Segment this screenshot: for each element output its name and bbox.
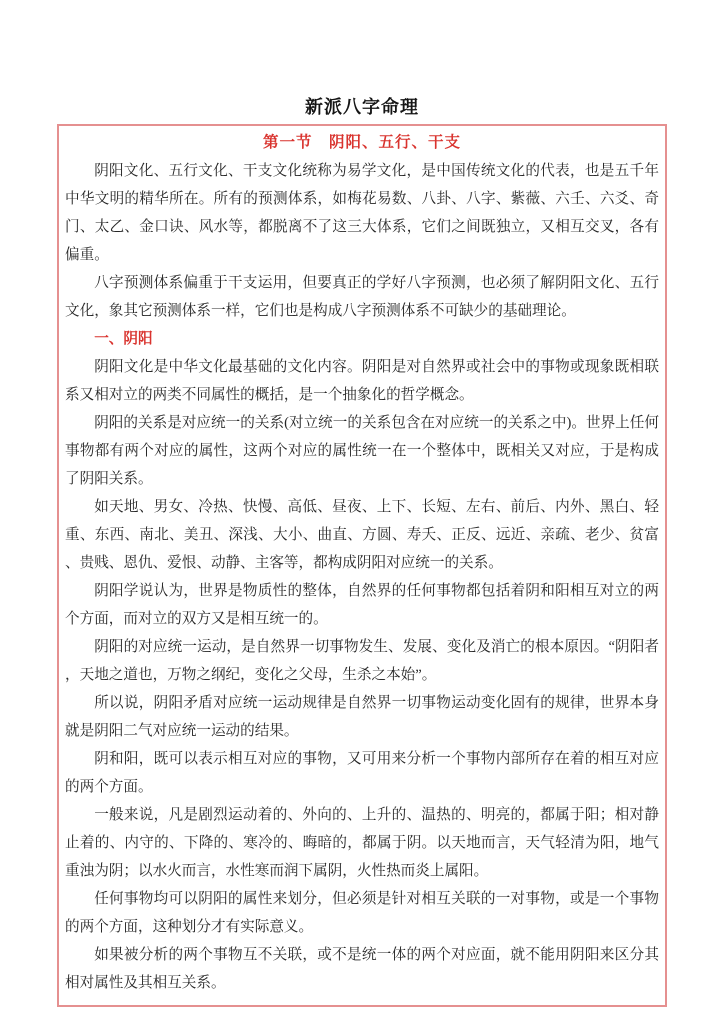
body-paragraph-3: 如天地、男女、冷热、快慢、高低、昼夜、上下、长短、左右、前后、内外、黑白、轻重、… <box>65 493 659 577</box>
intro-paragraph-1: 阴阳文化、五行文化、干支文化统称为易学文化，是中国传统文化的代表，也是五千年中华… <box>65 157 659 269</box>
document-title: 新派八字命理 <box>0 0 724 118</box>
content-box: 第一节 阴阳、五行、干支 阴阳文化、五行文化、干支文化统称为易学文化，是中国传统… <box>57 124 667 1007</box>
subsection-heading-yinyang: 一、阴阳 <box>65 325 659 353</box>
section-heading: 第一节 阴阳、五行、干支 <box>65 129 659 157</box>
intro-paragraph-2: 八字预测体系偏重于干支运用，但要真正的学好八字预测，也必须了解阴阳文化、五行文化… <box>65 269 659 325</box>
body-paragraph-5: 阴阳的对应统一运动，是自然界一切事物发生、发展、变化及消亡的根本原因。“阴阳者，… <box>65 633 659 689</box>
body-paragraph-1: 阴阳文化是中华文化最基础的文化内容。阴阳是对自然界或社会中的事物或现象既相联系又… <box>65 353 659 409</box>
body-paragraph-9: 任何事物均可以阴阳的属性来划分，但必须是针对相互关联的一对事物，或是一个事物的两… <box>65 885 659 941</box>
body-paragraph-10: 如果被分析的两个事物互不关联，或不是统一体的两个对应面，就不能用阴阳来区分其相对… <box>65 941 659 997</box>
body-paragraph-6: 所以说，阴阳矛盾对应统一运动规律是自然界一切事物运动变化固有的规律，世界本身就是… <box>65 689 659 745</box>
document-page: 新派八字命理 第一节 阴阳、五行、干支 阴阳文化、五行文化、干支文化统称为易学文… <box>0 0 724 1024</box>
body-paragraph-2: 阴阳的关系是对应统一的关系(对立统一的关系包含在对应统一的关系之中)。世界上任何… <box>65 409 659 493</box>
body-paragraph-8: 一般来说，凡是剧烈运动着的、外向的、上升的、温热的、明亮的，都属于阳；相对静止着… <box>65 801 659 885</box>
body-paragraph-4: 阴阳学说认为，世界是物质性的整体，自然界的任何事物都包括着阴和阳相互对立的两个方… <box>65 577 659 633</box>
body-paragraph-7: 阴和阳，既可以表示相互对应的事物，又可用来分析一个事物内部所存在着的相互对应的两… <box>65 745 659 801</box>
